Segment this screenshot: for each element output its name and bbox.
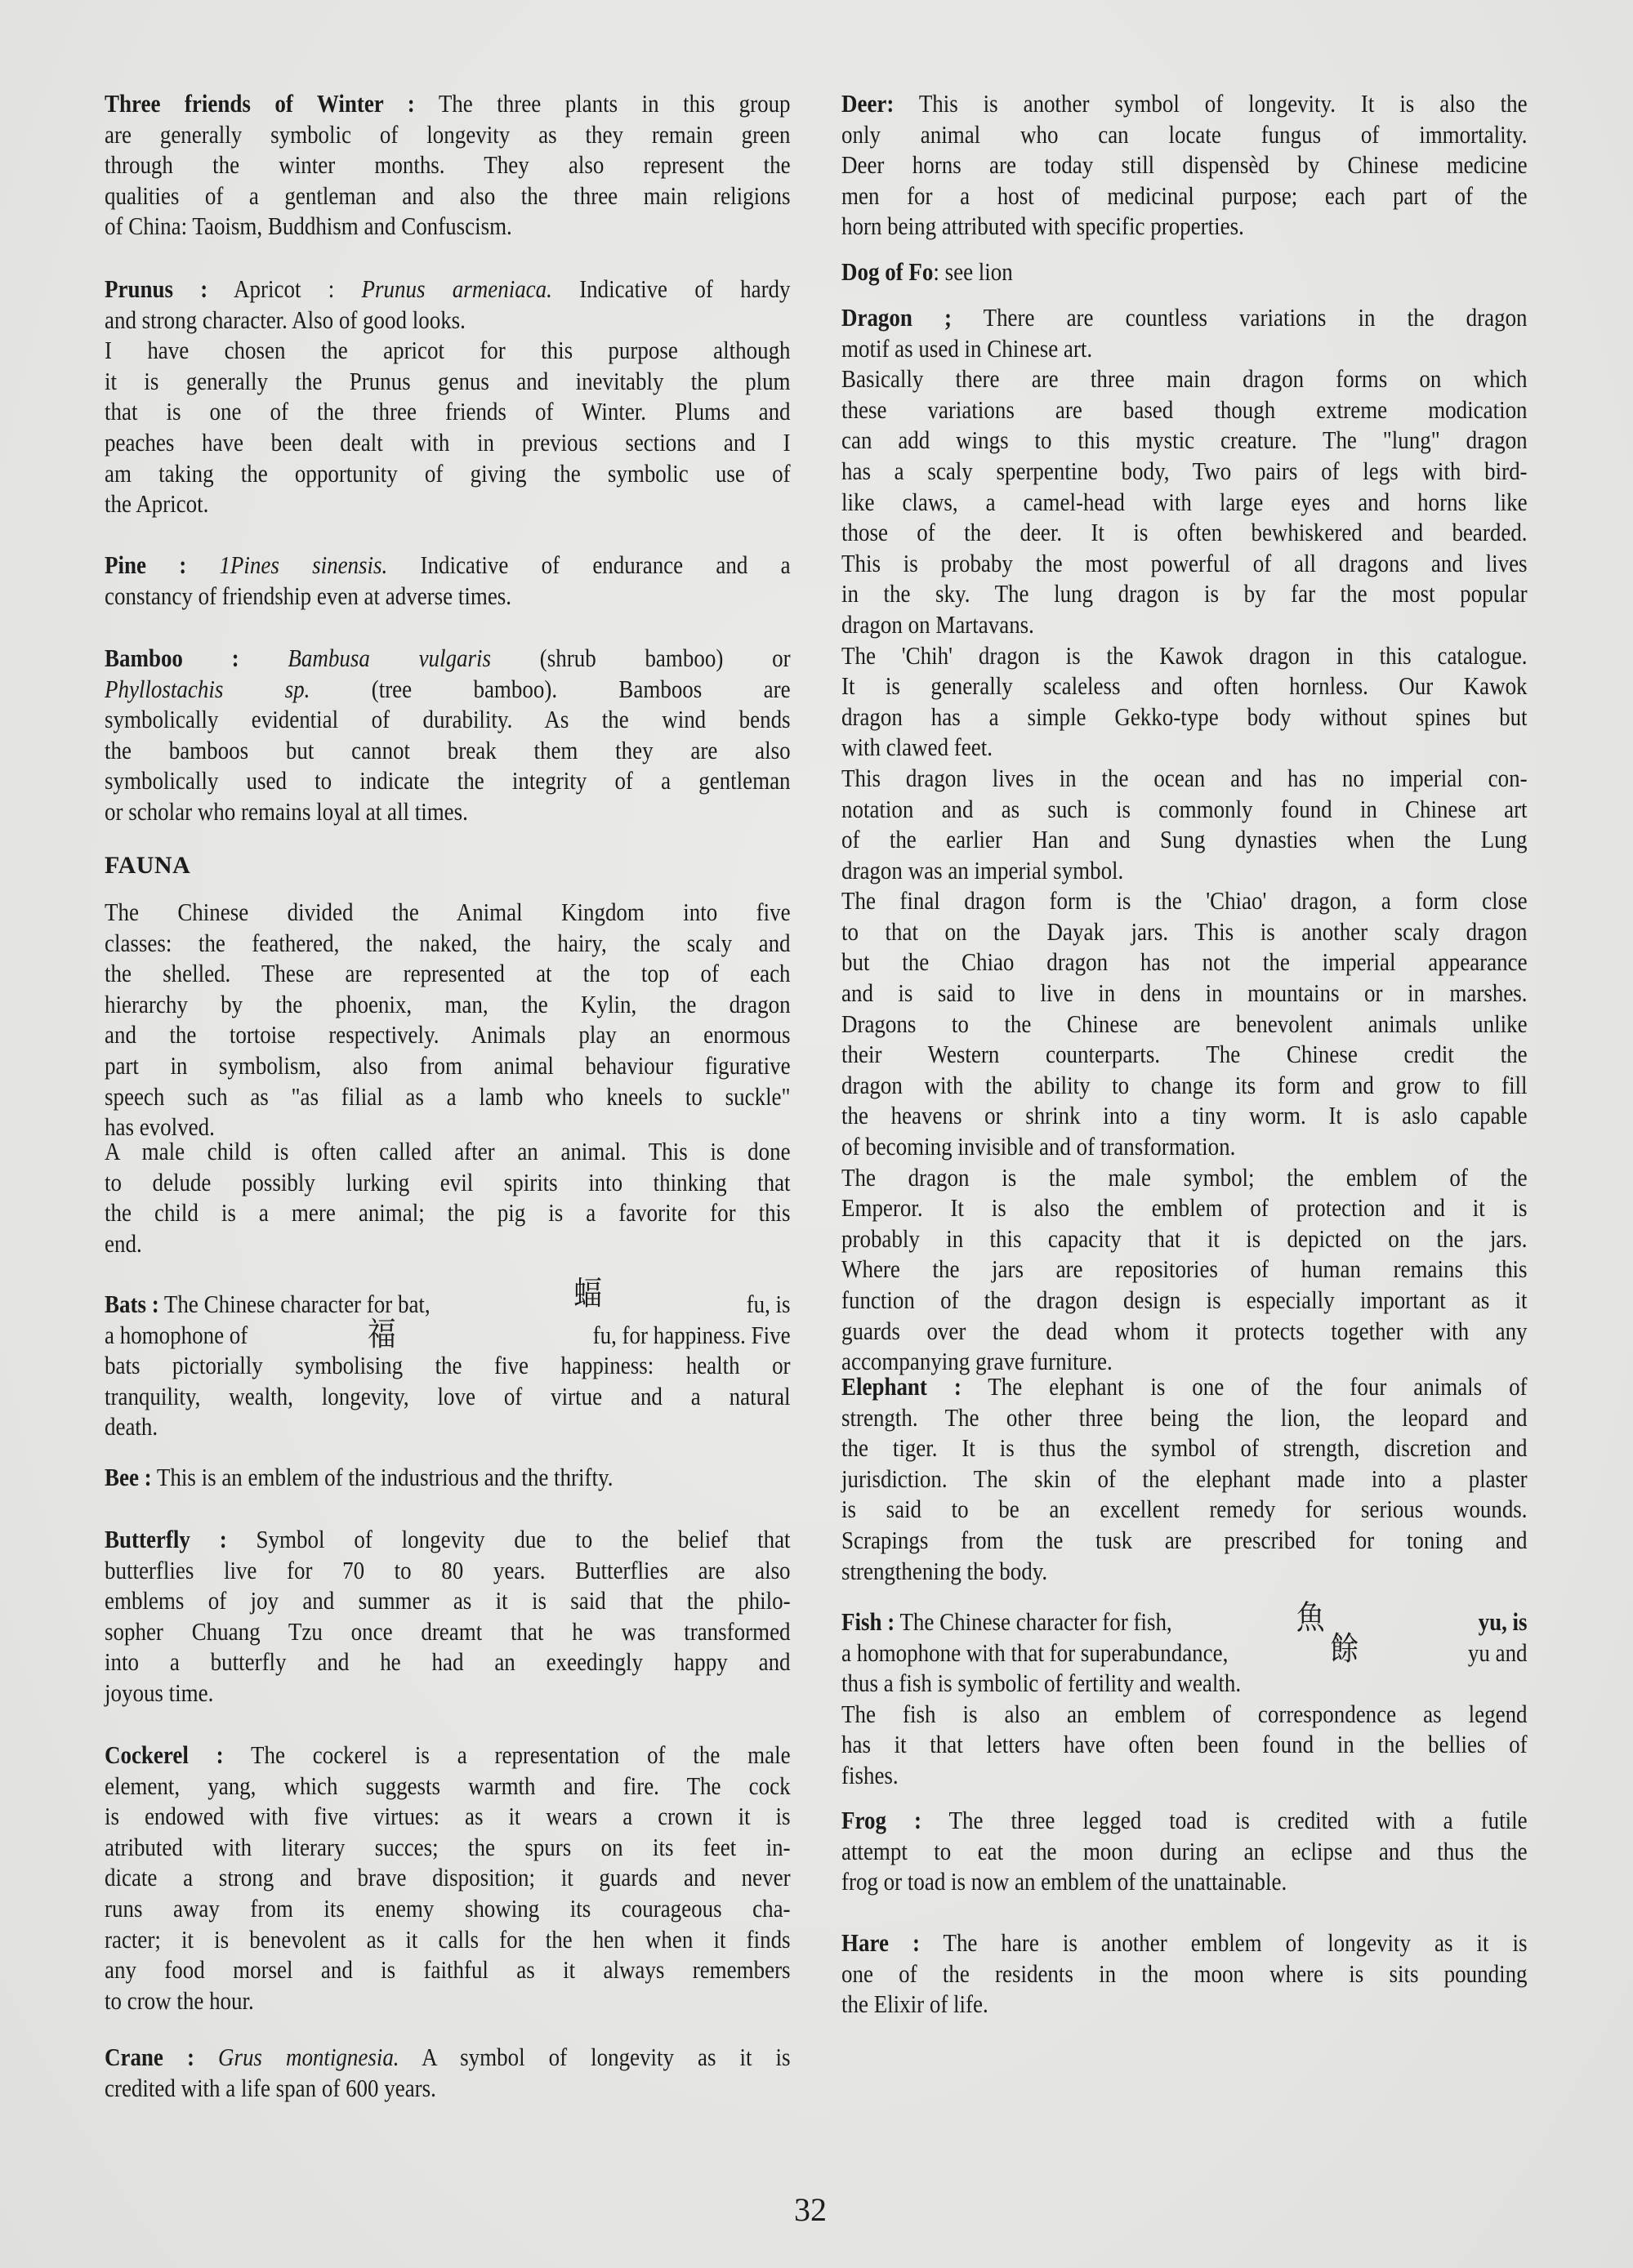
fauna-introduction: The Chinese divided the Animal Kingdom i… (105, 897, 791, 1259)
entry-term: Cockerel : (105, 1740, 224, 1769)
entry-elephant: Elephant : The elephant is one of the fo… (841, 1371, 1528, 1586)
entry-deer: Deer: This is another symbol of longevit… (841, 88, 1528, 242)
scientific-name: Phyllostachis sp. (105, 675, 310, 703)
section-heading-fauna: FAUNA (105, 852, 190, 880)
chinese-character-happiness: 福 (368, 1318, 396, 1351)
entry-term: Bats : (105, 1290, 159, 1318)
entry-term: Frog : (841, 1806, 921, 1834)
entry-frog: Frog : The three legged toad is credited… (841, 1805, 1528, 1897)
entry-term: Pine : (105, 550, 186, 579)
entry-term: Dragon ; (841, 303, 952, 332)
chinese-character-fish: 魚 (1296, 1602, 1325, 1634)
entry-pine: Pine : 1Pines sinensis. Indicative of en… (105, 550, 791, 611)
entry-prunus: Prunus : Apricot : Prunus armeniaca. Ind… (105, 274, 791, 519)
entry-term: Three friends of Winter : (105, 89, 415, 118)
entry-hare: Hare : The hare is another emblem of lon… (841, 1927, 1528, 2020)
page-number: 32 (794, 2190, 827, 2229)
scientific-name: 1Pines sinensis. (186, 550, 387, 579)
entry-term: Crane : (105, 2043, 194, 2071)
entry-term: Butterfly : (105, 1525, 227, 1553)
entry-three-friends-of-winter: Three friends of Winter : The three plan… (105, 88, 791, 242)
entry-cockerel: Cockerel : The cockerel is a representat… (105, 1740, 791, 2016)
entry-dog-of-fo: Dog of Fo: see lion (841, 256, 1528, 287)
entry-bamboo: Bamboo : Bambusa vulgaris (shrub bamboo)… (105, 643, 791, 827)
entry-butterfly: Butterfly : Symbol of longevity due to t… (105, 1524, 791, 1709)
chinese-character-superabundance: 餘 (1331, 1633, 1359, 1665)
scientific-name: Prunus armeniaca. (362, 274, 552, 303)
entry-crane: Crane : Grus montignesia. A symbol of lo… (105, 2042, 791, 2103)
book-page: Three friends of Winter : The three plan… (0, 0, 1633, 2268)
entry-term: Prunus : (105, 274, 207, 303)
entry-term: Hare : (841, 1928, 920, 1957)
entry-bats: Bats : The Chinese character for bat,蝠fu… (105, 1289, 791, 1442)
entry-fish: Fish : The Chinese character for fish,魚y… (841, 1606, 1528, 1791)
scientific-name: Grus montignesia. (194, 2043, 399, 2071)
scientific-name: Bambusa vulgaris (239, 644, 491, 672)
entry-term: Fish : (841, 1607, 895, 1636)
entry-term: Bee : (105, 1463, 152, 1491)
entry-dragon: Dragon ; There are countless variations … (841, 302, 1528, 1377)
entry-term: Elephant : (841, 1372, 962, 1401)
entry-term: Bamboo : (105, 644, 239, 672)
entry-term: Dog of Fo (841, 257, 933, 286)
entry-bee: Bee : This is an emblem of the industrio… (105, 1462, 791, 1493)
chinese-character-bat: 蝠 (573, 1277, 602, 1310)
entry-term: Deer: (841, 89, 894, 118)
